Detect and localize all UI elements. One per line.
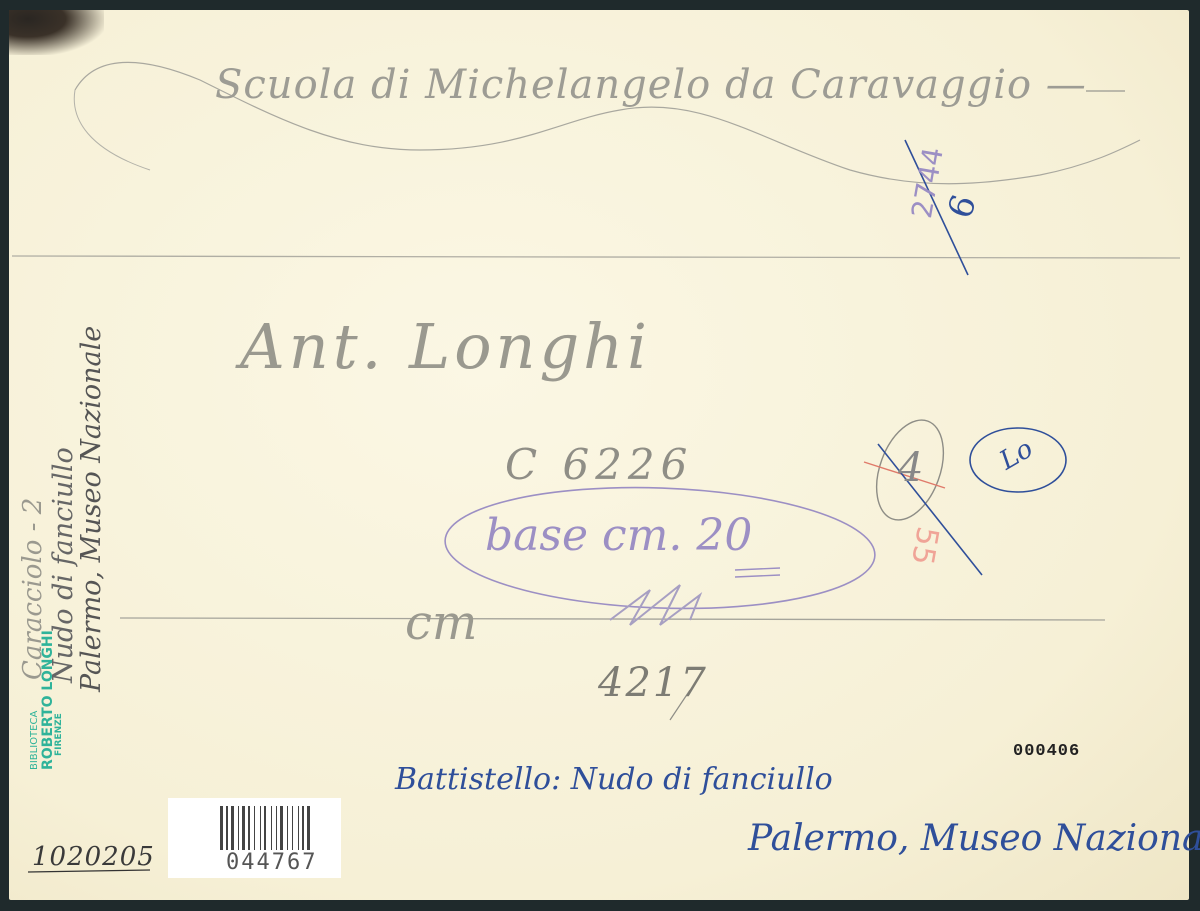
barcode-bar (305, 806, 306, 850)
barcode-bar (224, 806, 225, 850)
barcode-bar (267, 806, 270, 850)
heading-attribution: Scuola di Michelangelo da Caravaggio — (215, 62, 1087, 108)
barcode-bar (307, 806, 310, 850)
barcode-bar (262, 806, 263, 850)
barcode-bar (298, 806, 299, 850)
barcode-bar (294, 806, 297, 850)
barcode-bar (276, 806, 277, 850)
barcode-bar (311, 806, 313, 850)
barcode-bar (260, 806, 261, 850)
barcode-bar (300, 806, 301, 850)
barcode-bar (246, 806, 247, 850)
barcode-bar (238, 806, 239, 850)
library-stamp-line3: FIRENZE (55, 630, 64, 770)
barcode-bar (254, 806, 255, 850)
inventory-number: 1020205 (32, 842, 155, 872)
circled-number-4: 4 (898, 445, 923, 491)
barcode-label: 044767 (168, 798, 341, 878)
barcode-bar (229, 806, 230, 850)
blue-caption-line1: Battistello: Nudo di fanciullo (395, 762, 833, 797)
base-measurement-note: base cm. 20 (485, 510, 752, 561)
barcode-bar (292, 806, 293, 850)
library-stamp: BIBLIOTECA ROBERTO LONGHI FIRENZE (30, 630, 65, 770)
barcode-bar (256, 806, 259, 850)
barcode-bar (264, 806, 266, 850)
barcode-bar (248, 806, 250, 850)
corner-stain (9, 10, 104, 55)
barcode-bar (271, 806, 272, 850)
barcode-bar (273, 806, 275, 850)
barcode-bar (289, 806, 291, 850)
barcode-number: 044767 (226, 850, 317, 875)
number-4217: 4217 (598, 660, 708, 706)
barcode-bar (242, 806, 245, 850)
barcode-bar (302, 806, 304, 850)
barcode-bar (240, 806, 241, 850)
c-number: C 6226 (505, 440, 693, 489)
library-stamp-line1: BIBLIOTECA (30, 630, 41, 770)
barcode-bar (226, 806, 228, 850)
cm-mark: cm (405, 595, 477, 651)
barcode-bars (220, 806, 313, 850)
library-stamp-line2: ROBERTO LONGHI (41, 630, 56, 770)
left-note-line3: Palermo, Museo Nazionale (76, 326, 107, 692)
barcode-bar (235, 806, 237, 850)
barcode-bar (287, 806, 288, 850)
barcode-bar (278, 806, 279, 850)
barcode-bar (220, 806, 223, 850)
barcode-bar (284, 806, 286, 850)
blue-caption-line2: Palermo, Museo Nazionale (748, 818, 1200, 859)
barcode-bar (231, 806, 234, 850)
signature-longhi: Ant. Longhi (240, 310, 651, 383)
barcode-bar (280, 806, 283, 850)
red-number-55: 55 (904, 524, 945, 568)
barcode-bar (251, 806, 253, 850)
stamped-number: 000406 (1013, 742, 1080, 761)
